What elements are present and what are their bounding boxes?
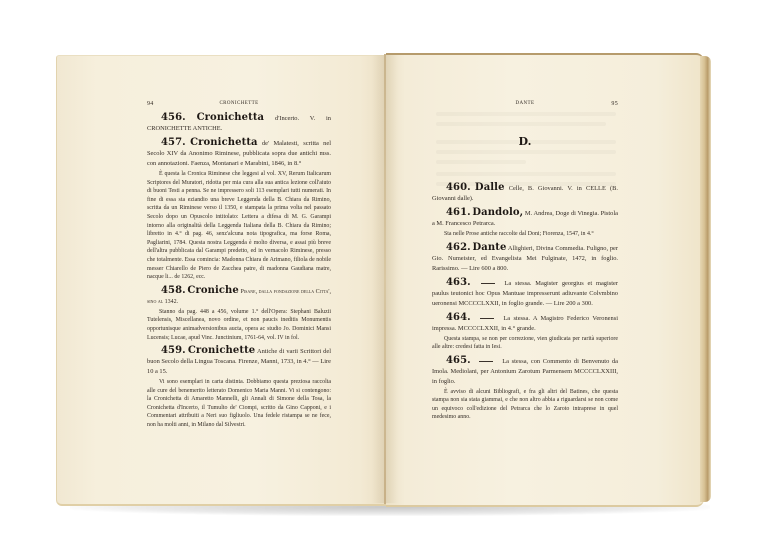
entry-number: 464. bbox=[446, 312, 471, 323]
entry-note: Stanno da pag. 448 a 456, volume 1.° del… bbox=[147, 308, 331, 342]
catalog-entry: 459. Cronichette Antiche di varii Scritt… bbox=[147, 346, 331, 430]
entry-note: Vi sono esemplari in carta distinta. Dob… bbox=[147, 378, 331, 430]
entry-title: Dante bbox=[473, 242, 507, 253]
entry-number: 456. bbox=[161, 112, 186, 123]
left-page-text: 94 CRONICHETTE 456. Cronichetta d'Incert… bbox=[147, 100, 331, 434]
entry-number: 460. bbox=[446, 182, 471, 193]
entry-note: È questa la Cronica Riminese che leggesi… bbox=[147, 170, 331, 282]
book-gutter bbox=[384, 54, 386, 504]
entry-number: 463. bbox=[446, 277, 471, 288]
catalog-entry: 461. Dandolo, M. Andrea, Doge di Vinegia… bbox=[432, 208, 618, 239]
entry-title: Cronichetta bbox=[190, 137, 258, 148]
catalog-entry: 462. Dante Allighieri, Divina Commedia. … bbox=[432, 243, 618, 274]
ditto-dash bbox=[479, 361, 493, 362]
entry-number: 465. bbox=[446, 355, 471, 366]
entry-title: Cronichetta bbox=[197, 112, 265, 123]
entry-number: 462. bbox=[446, 242, 471, 253]
entry-title: Cronichette bbox=[188, 345, 255, 356]
right-page-deckled-edge bbox=[700, 56, 711, 502]
page-number: 95 bbox=[611, 100, 618, 109]
ditto-dash bbox=[481, 283, 495, 284]
entry-title: Dalle bbox=[475, 182, 505, 193]
entry-number: 461. bbox=[446, 207, 471, 218]
running-title: DANTE bbox=[432, 100, 618, 109]
ditto-dash bbox=[480, 318, 494, 319]
entry-number: 457. bbox=[161, 137, 186, 148]
running-head: 94 CRONICHETTE bbox=[147, 100, 331, 110]
entry-number: 459. bbox=[161, 345, 186, 356]
catalog-entry: 456. Cronichetta d'Incerto. V. in CRONIC… bbox=[147, 113, 331, 134]
entry-title: Croniche bbox=[187, 285, 239, 296]
entry-title: Dandolo, bbox=[472, 207, 523, 218]
catalog-entry: 463. La stessa. Magister georgius et mag… bbox=[432, 278, 618, 309]
entry-number: 458. bbox=[161, 285, 186, 296]
entry-note: È avviso di alcuni Bibliografi, e fra gl… bbox=[432, 388, 618, 422]
running-head: DANTE 95 bbox=[432, 100, 618, 110]
catalog-entry: 465. La stessa, con Commento di Benvenut… bbox=[432, 356, 618, 422]
catalog-entry: 464. La stessa. A Magistro Federico Vero… bbox=[432, 313, 618, 352]
section-letter: D. bbox=[432, 138, 618, 147]
catalog-entry: 460. Dalle Celle, B. Giovanni. V. in CEL… bbox=[432, 183, 618, 204]
entry-note: Sta nelle Prose antiche raccolte dal Don… bbox=[432, 230, 618, 239]
running-title: CRONICHETTE bbox=[147, 100, 331, 109]
catalog-entry: 458. Croniche Pisane, dalla fondazione d… bbox=[147, 286, 331, 342]
catalog-entry: 457. Cronichetta de' Malatesti, scritta … bbox=[147, 138, 331, 282]
entry-note: Questa stampa, se non per correzione, vi… bbox=[432, 335, 618, 352]
right-page-text: DANTE 95 D. 460. Dalle Celle, B. Giovann… bbox=[432, 100, 618, 426]
